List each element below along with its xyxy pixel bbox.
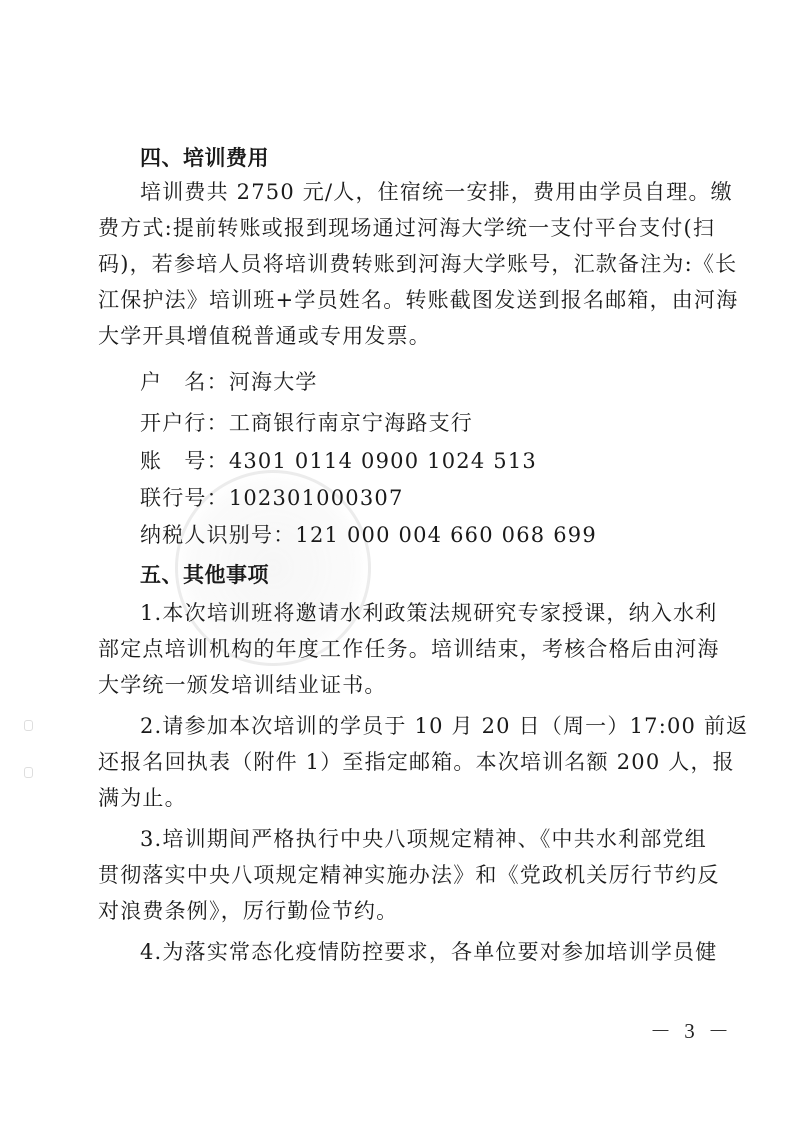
other-item-line: 2.请参加本次培训的学员于 10 月 20 日（周一）17:00 前返	[140, 711, 706, 741]
bank-info-value: 102301000307	[229, 486, 404, 510]
other-item-line: 还报名回执表（附件 1）至指定邮箱。本次培训名额 200 人，报	[98, 747, 708, 777]
bank-routing-number: 联行号：102301000307	[140, 483, 750, 513]
other-item-line: 4.为落实常态化疫情防控要求，各单位要对参加培训学员健	[140, 937, 706, 967]
bank-branch: 开户行：工商银行南京宁海路支行	[140, 408, 750, 438]
bank-info-label: 纳税人识别号：	[140, 523, 295, 547]
section-heading-other: 五、其他事项	[140, 560, 750, 590]
other-item-line: 贯彻落实中央八项规定精神实施办法》和《党政机关厉行节约反	[98, 860, 708, 890]
fee-paragraph-line: 江保护法》培训班+学员姓名。转账截图发送到报名邮箱，由河海	[98, 285, 708, 315]
bank-account-name: 户 名：河海大学	[140, 367, 750, 397]
bank-info-value: 工商银行南京宁海路支行	[229, 411, 473, 435]
bank-info-label: 户 名：	[140, 370, 229, 394]
bank-info-label: 开户行：	[140, 411, 229, 435]
fee-paragraph-line: 码)，若参培人员将培训费转账到河海大学账号，汇款备注为:《长	[98, 249, 708, 279]
fee-paragraph-line: 培训费共 2750 元/人，住宿统一安排，费用由学员自理。缴	[140, 177, 706, 207]
page-number: － 3 －	[650, 1015, 733, 1045]
other-item-line: 3.培训期间严格执行中央八项规定精神、《中共水利部党组	[140, 824, 706, 854]
section-heading-fees: 四、培训费用	[140, 143, 750, 173]
bank-info-value: 121 000 004 660 068 699	[295, 523, 596, 547]
fee-paragraph-line: 费方式:提前转账或报到现场通过河海大学统一支付平台支付(扫	[98, 213, 708, 243]
fee-paragraph-line: 大学开具增值税普通或专用发票。	[98, 321, 708, 351]
document-page: 四、培训费用 培训费共 2750 元/人，住宿统一安排，费用由学员自理。缴 费方…	[0, 0, 800, 1131]
other-item-line: 大学统一颁发培训结业证书。	[98, 670, 708, 700]
bank-info-value: 4301 0114 0900 1024 513	[229, 449, 537, 473]
other-item-line: 1.本次培训班将邀请水利政策法规研究专家授课，纳入水利	[140, 598, 706, 628]
punch-hole-mark	[24, 767, 33, 778]
bank-info-value: 河海大学	[229, 370, 318, 394]
bank-account-number: 账 号：4301 0114 0900 1024 513	[140, 446, 750, 476]
other-item-line: 满为止。	[98, 783, 708, 813]
bank-info-label: 账 号：	[140, 449, 229, 473]
taxpayer-id: 纳税人识别号：121 000 004 660 068 699	[140, 520, 750, 550]
bank-info-label: 联行号：	[140, 486, 229, 510]
other-item-line: 部定点培训机构的年度工作任务。培训结束，考核合格后由河海	[98, 634, 708, 664]
other-item-line: 对浪费条例》，厉行勤俭节约。	[98, 896, 708, 926]
punch-hole-mark	[24, 720, 33, 731]
